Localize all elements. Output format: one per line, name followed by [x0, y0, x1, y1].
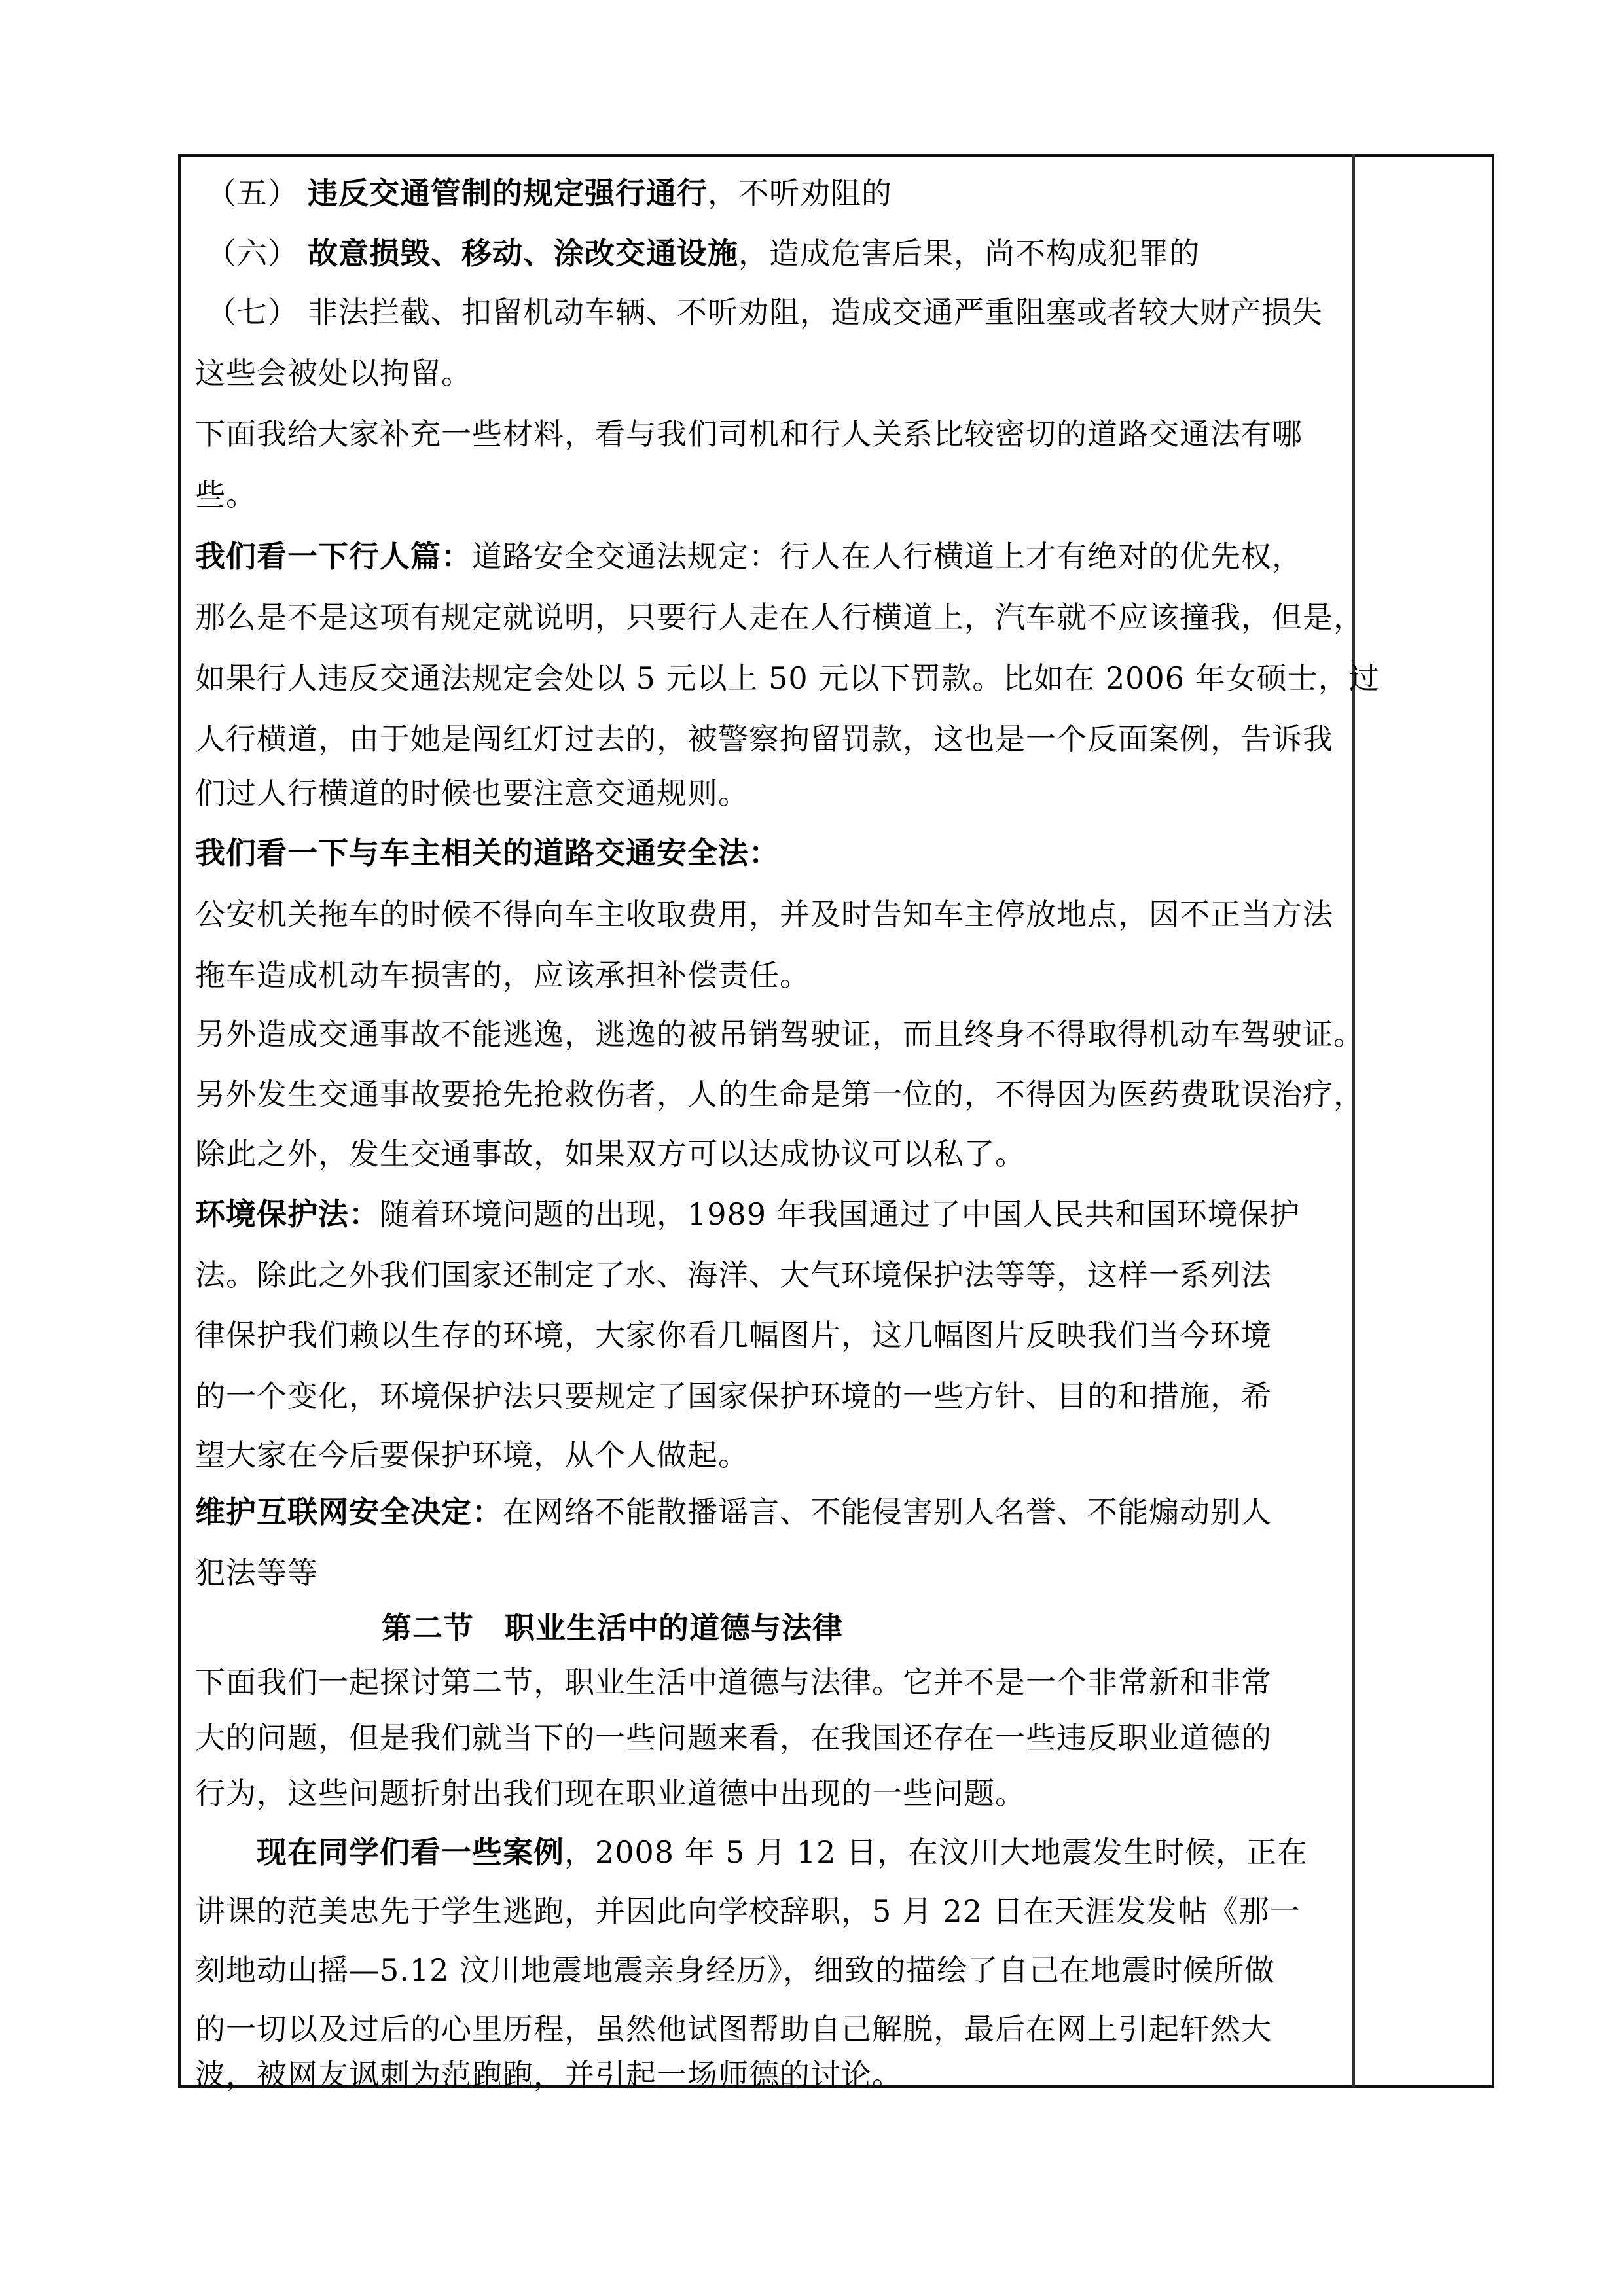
text-line: 大的问题，但是我们就当下的一些问题来看，在我国还存在一些违反职业道德的 [195, 1719, 1272, 1756]
list-item-5: （五）违反交通管制的规定强行通行，不听劝阻的 [206, 175, 892, 211]
line-text: 讲课的范美忠先于学生逃跑，并因此向学校辞职，5 月 22 日在天涯发发帖《那一 [195, 1893, 1301, 1929]
text-line: 犯法等等 [195, 1554, 318, 1591]
line-text: 波，被网友讽刺为范跑跑，并引起一场师德的讨论。 [195, 2057, 903, 2092]
line-text: 在网络不能散播谣言、不能侵害别人名誉、不能煽动别人 [503, 1494, 1272, 1530]
list-item-text: ，造成危害后果，尚不构成犯罪的 [738, 236, 1200, 271]
list-item-7: （七）非法拦截、扣留机动车辆、不听劝阻，造成交通严重阻塞或者较大财产损失 [206, 294, 1323, 331]
line-text: 法。除此之外我们国家还制定了水、海洋、大气环境保护法等等，这样一系列法 [195, 1257, 1272, 1293]
text-line: 公安机关拖车的时候不得向车主收取费用，并及时告知车主停放地点，因不正当方法 [195, 896, 1333, 933]
line-text: 些。 [195, 477, 257, 512]
line-text: 的一切以及过后的心里历程，虽然他试图帮助自己解脱，最后在网上引起轩然大 [195, 2011, 1272, 2047]
bold-lead: 我们看一下与车主相关的道路交通安全法： [195, 835, 780, 870]
line-text: 如果行人违反交通法规定会处以 5 元以上 50 元以下罚款。比如在 2006 年… [195, 660, 1380, 696]
text-line: 波，被网友讽刺为范跑跑，并引起一场师德的讨论。 [195, 2056, 903, 2093]
text-line: 下面我给大家补充一些材料，看与我们司机和行人关系比较密切的道路交通法有哪 [195, 416, 1303, 452]
list-item-6: （六）故意损毁、移动、涂改交通设施，造成危害后果，尚不构成犯罪的 [206, 235, 1200, 272]
text-line: 讲课的范美忠先于学生逃跑，并因此向学校辞职，5 月 22 日在天涯发发帖《那一 [195, 1893, 1301, 1929]
case-heading-line: 现在同学们看一些案例，2008 年 5 月 12 日，在汶川大地震发生时候，正在 [257, 1834, 1308, 1871]
list-item-bold: 故意损毁、移动、涂改交通设施 [308, 236, 738, 271]
line-text: 律保护我们赖以生存的环境，大家你看几幅图片，这几幅图片反映我们当今环境 [195, 1318, 1272, 1353]
text-line: 望大家在今后要保护环境，从个人做起。 [195, 1437, 749, 1473]
environment-heading-line: 环境保护法：随着环境问题的出现，1989 年我国通过了中国人民共和国环境保护 [195, 1196, 1300, 1232]
line-text: 犯法等等 [195, 1555, 318, 1590]
text-line: 除此之外，发生交通事故，如果双方可以达成协议可以私了。 [195, 1136, 1026, 1172]
line-text: 拖车造成机动车损害的，应该承担补偿责任。 [195, 958, 810, 993]
line-text: 另外造成交通事故不能逃逸，逃逸的被吊销驾驶证，而且终身不得取得机动车驾驶证。 [195, 1016, 1364, 1052]
pedestrian-heading-line: 我们看一下行人篇：道路安全交通法规定：行人在人行横道上才有绝对的优先权， [195, 538, 1303, 575]
text-line: 那么是不是这项有规定就说明，只要行人走在人行横道上，汽车就不应该撞我，但是， [195, 599, 1364, 636]
line-text: 望大家在今后要保护环境，从个人做起。 [195, 1437, 749, 1473]
line-text: 下面我们一起探讨第二节，职业生活中道德与法律。它并不是一个非常新和非常 [195, 1664, 1272, 1700]
text-line: 律保护我们赖以生存的环境，大家你看几幅图片，这几幅图片反映我们当今环境 [195, 1317, 1272, 1354]
list-marker: （七） [206, 295, 298, 330]
line-text: 另外发生交通事故要抢先抢救伤者，人的生命是第一位的，不得因为医药费耽误治疗， [195, 1077, 1364, 1112]
text-line: 法。除此之外我们国家还制定了水、海洋、大气环境保护法等等，这样一系列法 [195, 1257, 1272, 1293]
text-line: 行为，这些问题折射出我们现在职业道德中出现的一些问题。 [195, 1775, 1026, 1812]
list-item-text: ，不听劝阻的 [708, 175, 892, 211]
car-owner-heading-line: 我们看一下与车主相关的道路交通安全法： [195, 834, 780, 871]
text-line: 些。 [195, 476, 257, 513]
bold-lead: 我们看一下行人篇： [195, 539, 472, 574]
line-text: 公安机关拖车的时候不得向车主收取费用，并及时告知车主停放地点，因不正当方法 [195, 897, 1333, 932]
line-text: 刻地动山摇—5.12 汶川地震地震亲身经历》，细致的描绘了自己在地震时候所做 [195, 1952, 1275, 1988]
line-text: 除此之外，发生交通事故，如果双方可以达成协议可以私了。 [195, 1136, 1026, 1172]
text-line: 刻地动山摇—5.12 汶川地震地震亲身经历》，细致的描绘了自己在地震时候所做 [195, 1952, 1275, 1988]
notes-cell [1355, 157, 1492, 2085]
line-text: 们过人行横道的时候也要注意交通规则。 [195, 776, 749, 811]
line-text: ，2008 年 5 月 12 日，在汶川大地震发生时候，正在 [564, 1835, 1308, 1870]
line-text: 的一个变化，环境保护法只要规定了国家保护环境的一些方针、目的和措施，希 [195, 1378, 1272, 1414]
line-text: 道路安全交通法规定：行人在人行横道上才有绝对的优先权， [472, 539, 1303, 574]
text-line: 拖车造成机动车损害的，应该承担补偿责任。 [195, 957, 810, 994]
line-text: 人行横道，由于她是闯红灯过去的，被警察拘留罚款，这也是一个反面案例，告诉我 [195, 721, 1333, 757]
bold-lead: 现在同学们看一些案例 [257, 1835, 564, 1870]
text-line: 如果行人违反交通法规定会处以 5 元以上 50 元以下罚款。比如在 2006 年… [195, 660, 1380, 696]
text-line: 这些会被处以拘留。 [195, 355, 472, 391]
text-line: 们过人行横道的时候也要注意交通规则。 [195, 775, 749, 812]
internet-heading-line: 维护互联网安全决定：在网络不能散播谣言、不能侵害别人名誉、不能煽动别人 [195, 1494, 1272, 1530]
bold-lead: 环境保护法： [195, 1196, 380, 1232]
line-text: 随着环境问题的出现，1989 年我国通过了中国人民共和国环境保护 [380, 1196, 1300, 1232]
line-text: 下面我给大家补充一些材料，看与我们司机和行人关系比较密切的道路交通法有哪 [195, 416, 1303, 452]
text-line: 另外造成交通事故不能逃逸，逃逸的被吊销驾驶证，而且终身不得取得机动车驾驶证。 [195, 1016, 1364, 1052]
text-line: 另外发生交通事故要抢先抢救伤者，人的生命是第一位的，不得因为医药费耽误治疗， [195, 1076, 1364, 1113]
line-text: 那么是不是这项有规定就说明，只要行人走在人行横道上，汽车就不应该撞我，但是， [195, 600, 1364, 635]
list-marker: （六） [206, 236, 298, 271]
list-marker: （五） [206, 175, 298, 211]
bold-lead: 维护互联网安全决定： [195, 1494, 503, 1530]
line-text: 这些会被处以拘留。 [195, 355, 472, 391]
text-line: 的一个变化，环境保护法只要规定了国家保护环境的一些方针、目的和措施，希 [195, 1378, 1272, 1414]
list-item-bold: 违反交通管制的规定强行通行 [308, 175, 708, 211]
text-line: 下面我们一起探讨第二节，职业生活中道德与法律。它并不是一个非常新和非常 [195, 1664, 1272, 1700]
section-heading: 第二节 职业生活中的道德与法律 [382, 1609, 843, 1646]
line-text: 大的问题，但是我们就当下的一些问题来看，在我国还存在一些违反职业道德的 [195, 1720, 1272, 1755]
list-item-text: 非法拦截、扣留机动车辆、不听劝阻，造成交通严重阻塞或者较大财产损失 [308, 295, 1323, 330]
text-line: 人行横道，由于她是闯红灯过去的，被警察拘留罚款，这也是一个反面案例，告诉我 [195, 721, 1333, 757]
text-line: 的一切以及过后的心里历程，虽然他试图帮助自己解脱，最后在网上引起轩然大 [195, 2011, 1272, 2047]
line-text: 行为，这些问题折射出我们现在职业道德中出现的一些问题。 [195, 1776, 1026, 1811]
